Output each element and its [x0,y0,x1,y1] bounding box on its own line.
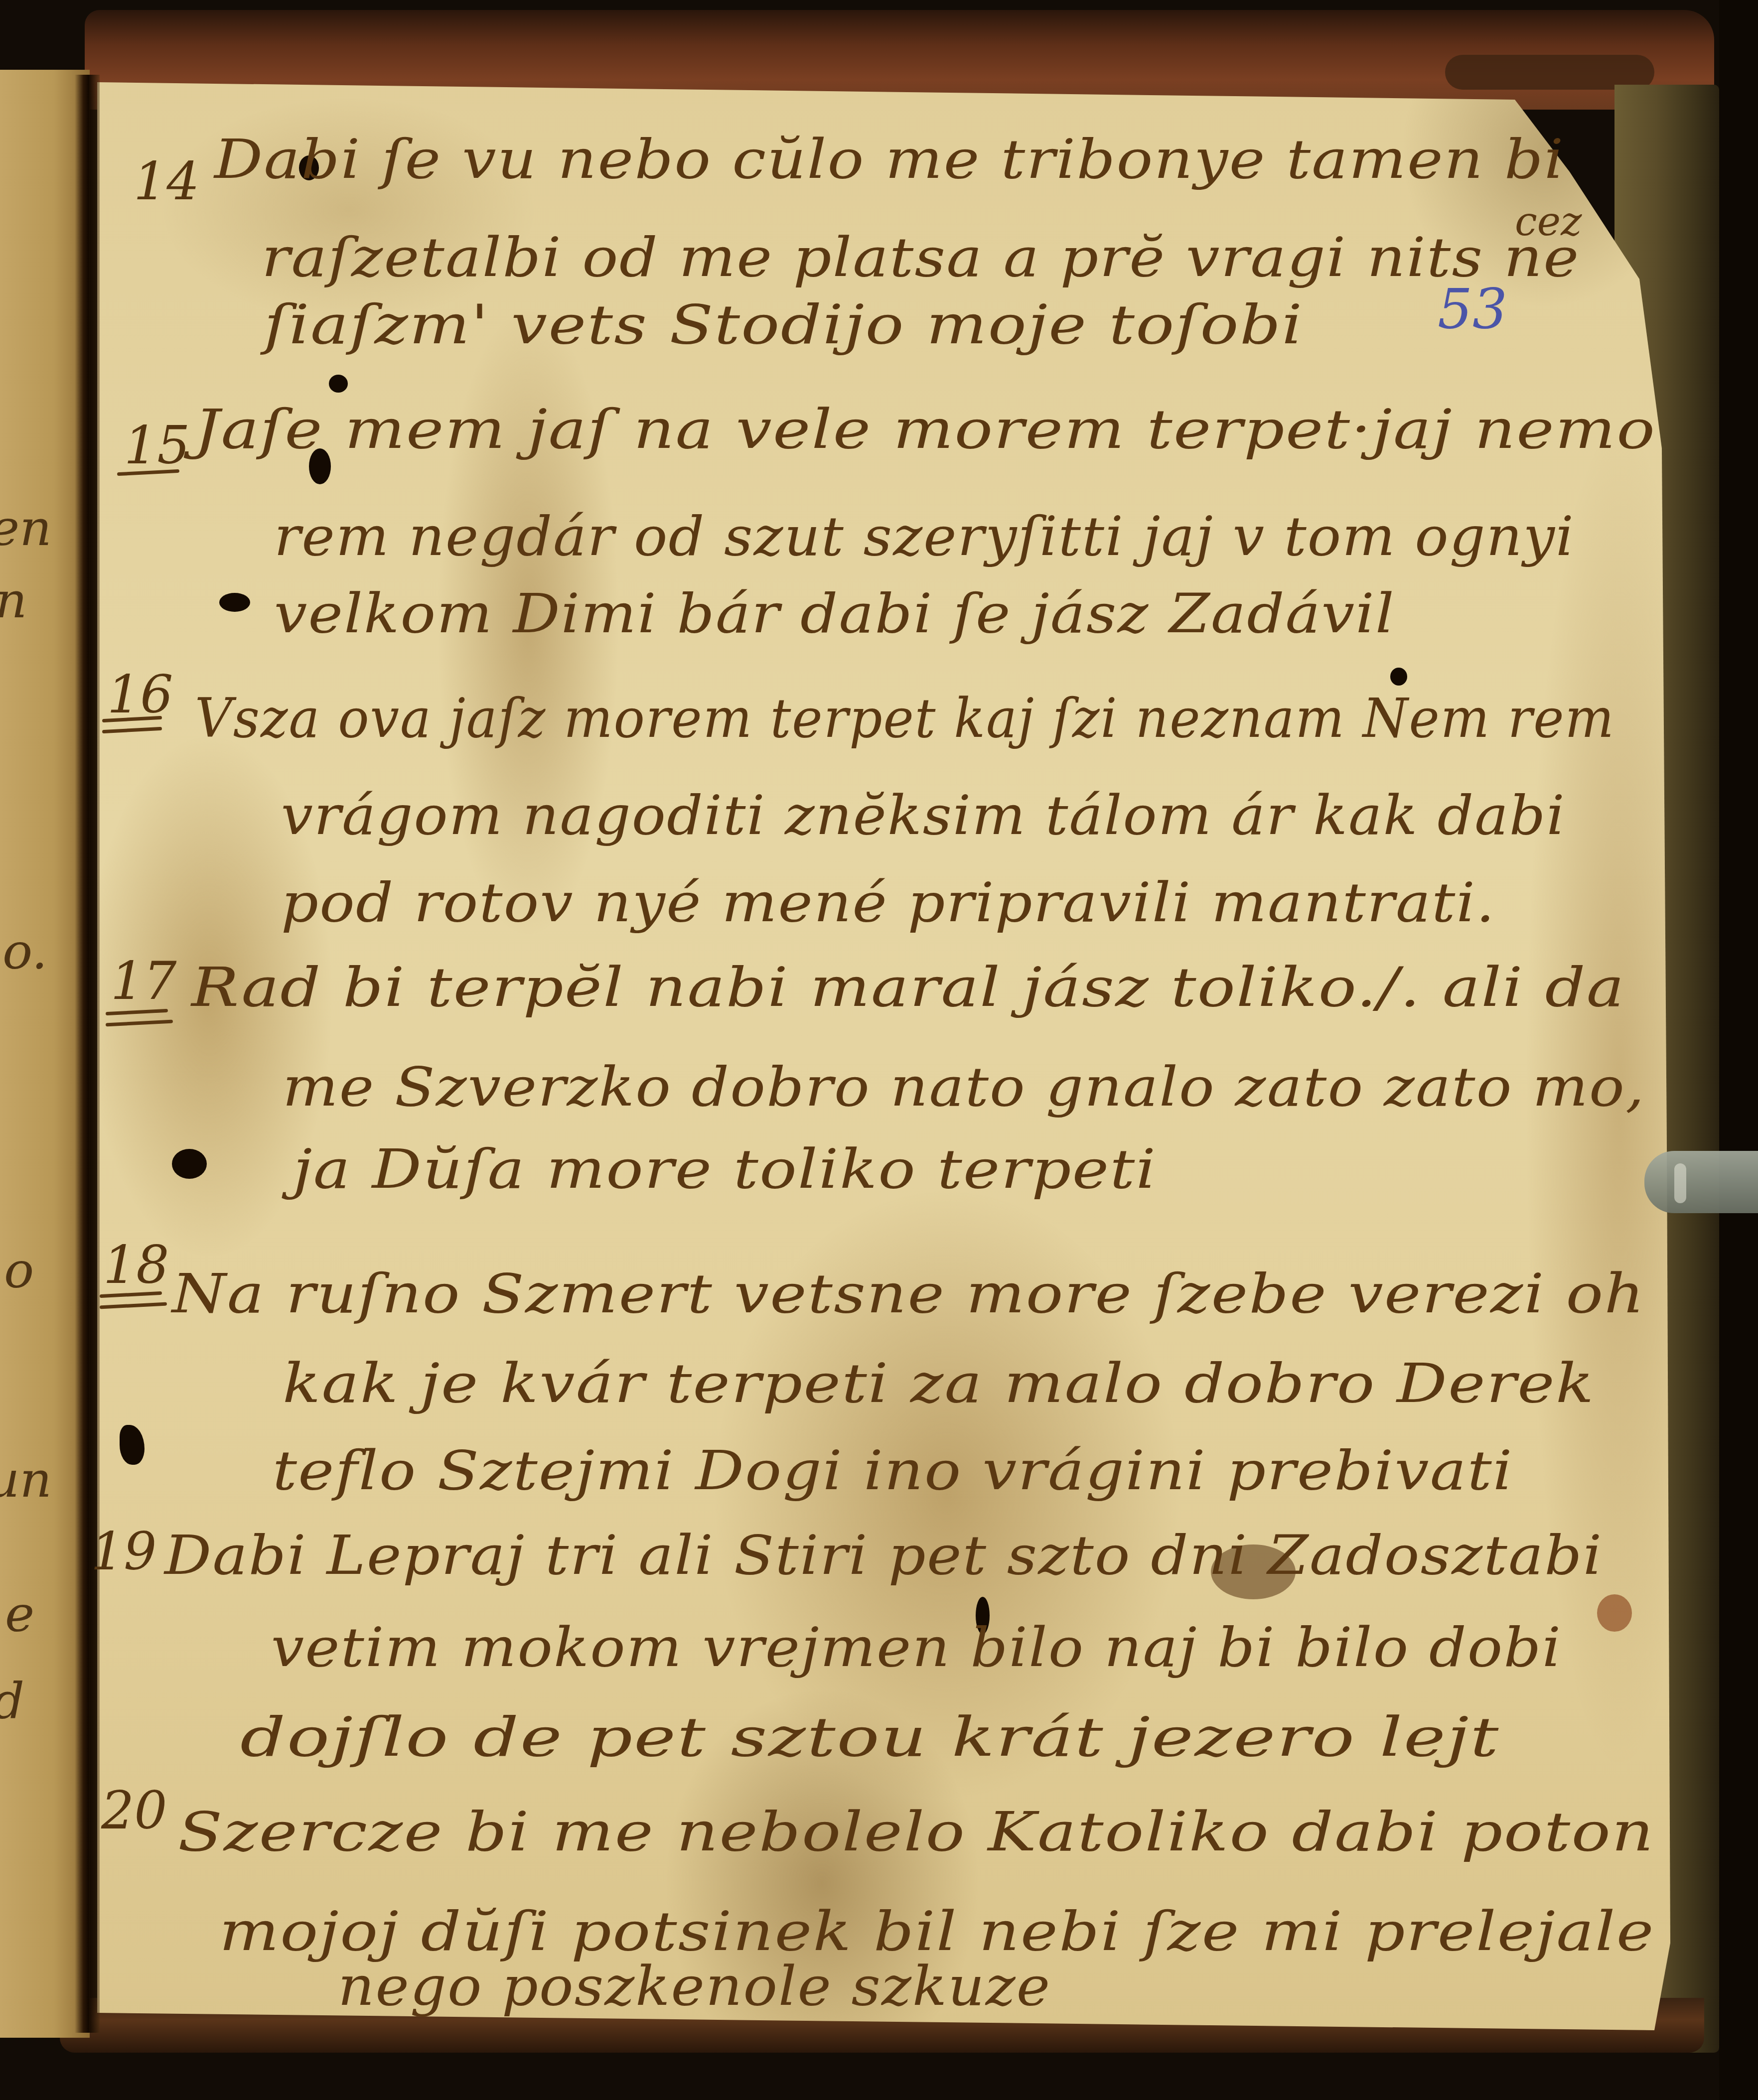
verse-line: Vsza ova jaſz morem terpet kaj ſzi nezna… [195,692,1615,746]
manuscript-photo: en n o. o un e d 53 14 Dabi ſe vu nebo c… [0,0,1758,2100]
verse-line: vetim mokom vrejmen bilo naj bi bilo dob… [271,1621,1562,1675]
book-gutter [75,75,100,2033]
verse-line: Szercze bi me nebolelo Katoliko dabi pot… [178,1806,1655,1859]
page-tab-marker [1644,1151,1758,1213]
facing-page-fragment: o. [2,927,47,977]
verse-line: Dabi ſe vu nebo cŭlo me tribonye tamen b… [214,133,1565,187]
verse-line: rem negdár od szut szeryſitti jaj v tom … [274,510,1575,564]
folio-number: 53 [1438,281,1507,336]
verse-line: Dabi Lepraj tri ali Stiri pet szto dni Z… [164,1529,1603,1583]
facing-page-fragment: n [0,575,27,625]
facing-page-fragment: d [0,1677,24,1726]
ink-blot [172,1149,207,1179]
facing-page-fragment: un [0,1455,52,1505]
verse-number: 18 [103,1239,169,1291]
verse-line: raſzetalbi od me platsa a prĕ vragi nits… [262,231,1580,285]
verse-number: 17 [111,955,176,1007]
verse-line: dojſlo de pet sztou krát jezero lejt [240,1711,1500,1765]
page-tab-highlight [1674,1163,1686,1203]
facing-page-fragment: en [0,503,52,553]
rust-spot [1597,1594,1632,1632]
verse-line: Jaſe mem jaſ na vele morem terpet·jaj ne… [194,403,1656,457]
verse-number: 15 [124,420,190,471]
verse-line: kak je kvár terpeti za malo dobro Derek [283,1357,1595,1411]
verse-line: vrágom nagoditi znĕksim tálom ár kak dab… [281,789,1566,843]
facing-page-fragment: e [5,1589,34,1639]
verse-line: pod rotov nyé mené pripravili mantrati. [281,876,1495,930]
ink-blot [329,375,348,393]
ink-blot [219,593,250,612]
verse-line: me Szverzko dobro nato gnalo zato zato m… [283,1061,1645,1115]
verse-line: nego poszkenole szkuze [338,1960,1051,2014]
verse-line: mojoj dŭſi potsinek bil nebi ſze mi prel… [219,1905,1655,1959]
verse-line: ja Dŭſa more toliko terpeti [293,1143,1157,1197]
verse-line: ſiaſzm' vets Stodijo moje toſobi [264,298,1304,352]
verse-number: 20 [101,1785,167,1836]
background-edge [1719,0,1758,2100]
facing-page-fragment: o [4,1246,34,1295]
verse-line: Rad bi terpĕl nabi maral jász toliko./. … [191,961,1625,1015]
verse-number: 16 [107,669,173,720]
ink-blot [1390,668,1407,686]
verse-line: teflo Sztejmi Dogi ino vrágini prebivati [273,1444,1513,1498]
verse-number: 14 [134,155,199,207]
verse-line: Na ruſno Szmert vetsne more ſzebe verezi… [172,1267,1645,1321]
verse-line: velkom Dimi bár dabi ſe jász Zadávil [274,587,1395,641]
verse-number: 19 [91,1526,156,1577]
